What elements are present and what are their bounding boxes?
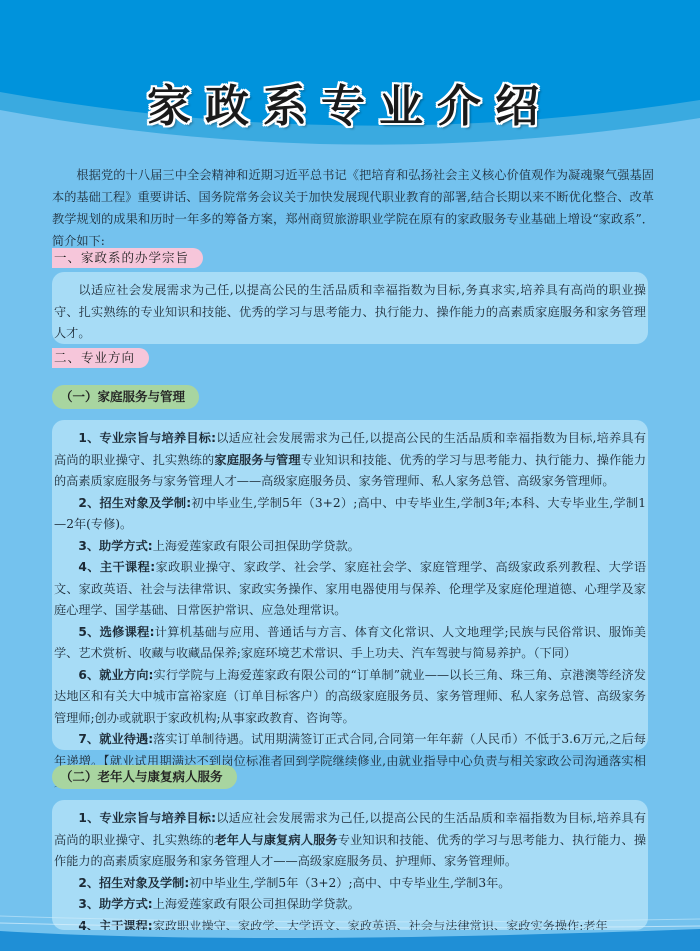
section-heading-majors: 二、专业方向 bbox=[52, 348, 149, 368]
page-title: 家政系专业介绍 bbox=[0, 70, 700, 134]
item-home-3: 3、助学方式:上海爱莲家政有限公司担保助学贷款。 bbox=[54, 536, 646, 558]
subsection-heading-home-service: （一）家庭服务与管理 bbox=[52, 385, 199, 409]
footer-wave-decoration bbox=[0, 871, 700, 951]
item-home-6: 6、就业方向:实行学院与上海爱莲家政有限公司的“订单制”就业——以长三角、珠三角… bbox=[54, 665, 646, 730]
section-heading-mission: 一、家政系的办学宗旨 bbox=[52, 248, 203, 268]
item-home-2: 2、招生对象及学制:初中毕业生,学制5年（3+2）;高中、中专毕业生,学制3年;… bbox=[54, 493, 646, 536]
item-home-4: 4、主干课程:家政职业操守、家政学、社会学、家庭社会学、家庭管理学、高级家政系列… bbox=[54, 557, 646, 622]
intro-paragraph: 根据党的十八届三中全会精神和近期习近平总书记《把培育和弘扬社会主义核心价值观作为… bbox=[52, 164, 654, 252]
mission-panel: 以适应社会发展需求为己任,以提高公民的生活品质和幸福指数为目标,务真求实,培养具… bbox=[52, 272, 648, 344]
subsection-heading-elderly-care: （二）老年人与康复病人服务 bbox=[52, 765, 237, 789]
home-service-panel: 1、专业宗旨与培养目标:以适应社会发展需求为己任,以提高公民的生活品质和幸福指数… bbox=[52, 420, 648, 750]
item-elderly-1: 1、专业宗旨与培养目标:以适应社会发展需求为己任,以提高公民的生活品质和幸福指数… bbox=[54, 808, 646, 873]
mission-text: 以适应社会发展需求为己任,以提高公民的生活品质和幸福指数为目标,务真求实,培养具… bbox=[54, 280, 646, 345]
item-home-5: 5、选修课程:计算机基础与应用、普通话与方言、体育文化常识、人文地理学;民族与民… bbox=[54, 622, 646, 665]
item-home-1: 1、专业宗旨与培养目标:以适应社会发展需求为己任,以提高公民的生活品质和幸福指数… bbox=[54, 428, 646, 493]
